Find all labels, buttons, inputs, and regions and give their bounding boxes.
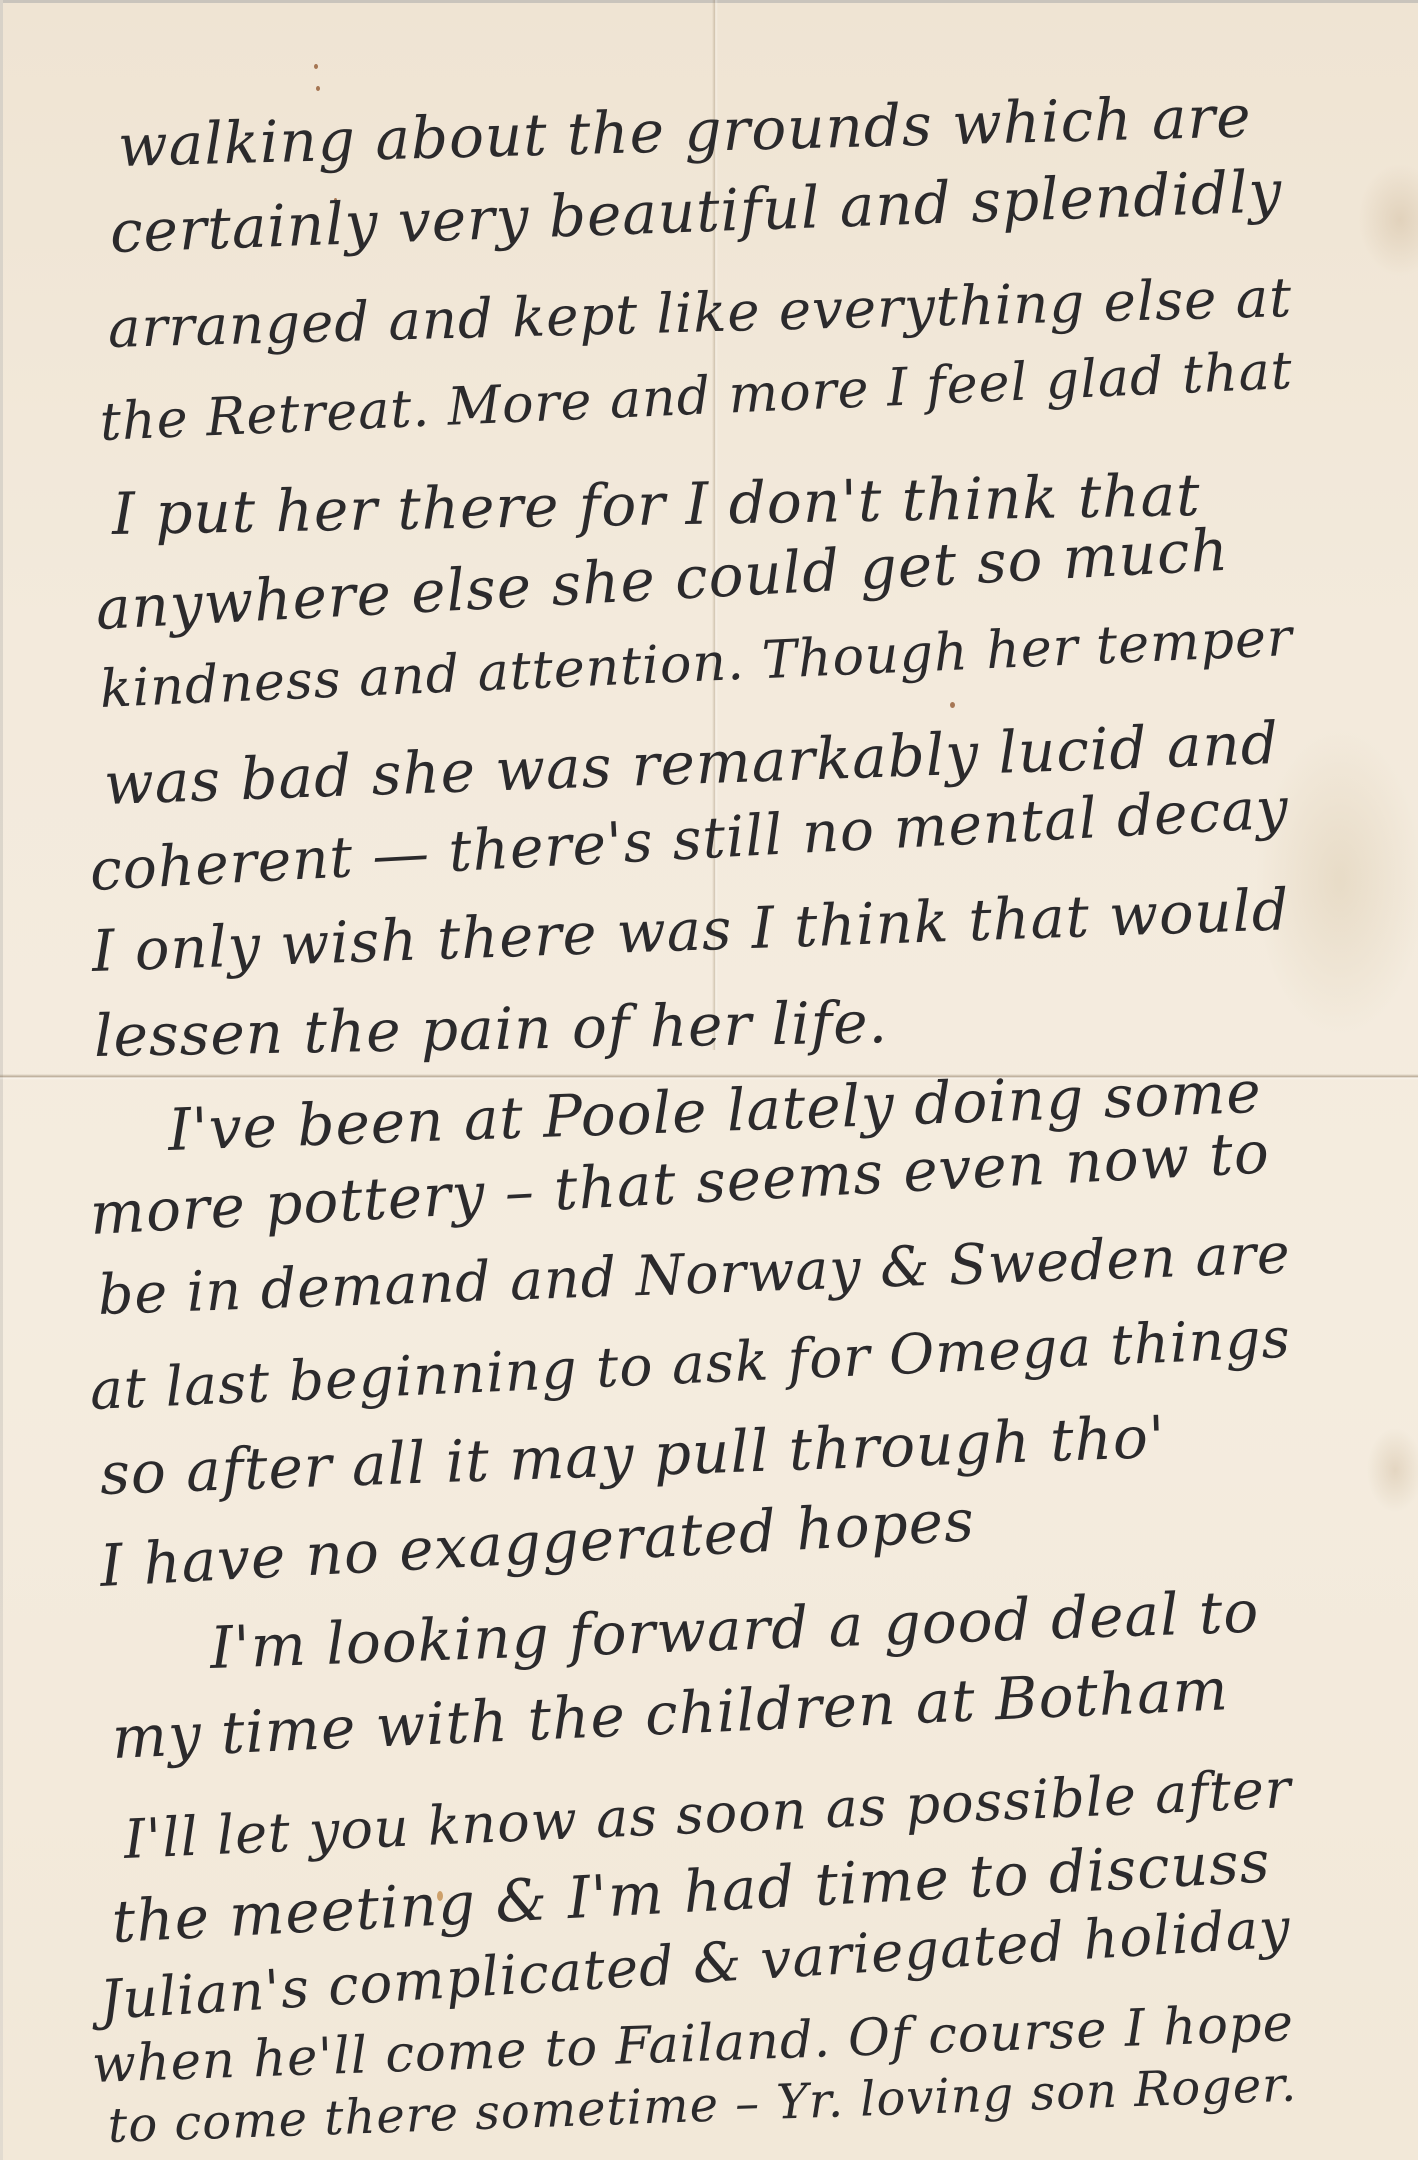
letter-paper: walking about the grounds which are cert…: [0, 0, 1418, 2160]
letter-line: arranged and kept like everything else a…: [107, 265, 1293, 360]
letter-body: walking about the grounds which are cert…: [0, 0, 1418, 2160]
letter-line: lessen the pain of her life.: [93, 988, 888, 1070]
letter-line: so after all it may pull through tho': [99, 1403, 1167, 1508]
letter-line: the Retreat. More and more I feel glad t…: [99, 340, 1294, 453]
